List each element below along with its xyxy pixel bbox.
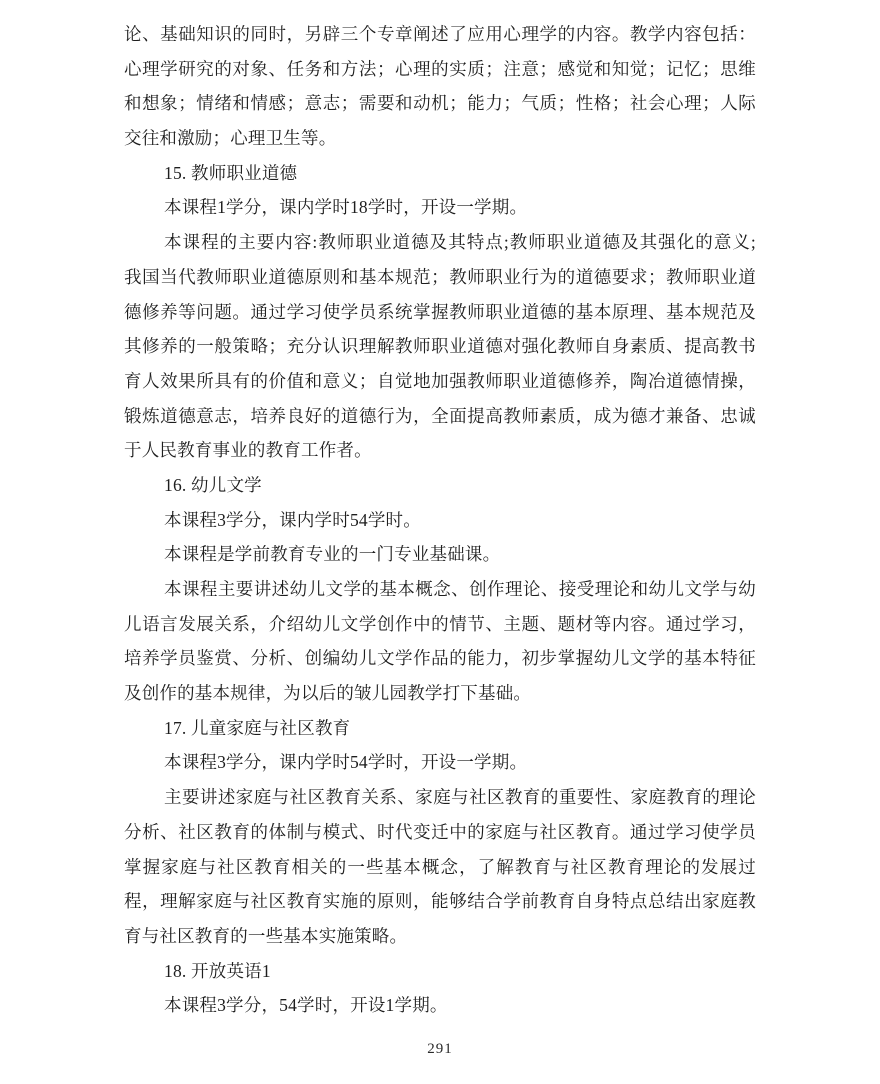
document-page: 论、基础知识的同时，另辟三个专章阐述了应用心理学的内容。教学内容包括： 心理学研…	[0, 0, 880, 1084]
course-16-credits: 本课程3学分，课内学时54学时。	[124, 503, 756, 538]
course-15-credits: 本课程1学分，课内学时18学时，开设一学期。	[124, 190, 756, 225]
paragraph-line: 掌握家庭与社区教育相关的一些基本概念，了解教育与社区教育理论的发展过	[124, 850, 756, 885]
course-15-heading: 15. 教师职业道德	[124, 156, 756, 191]
paragraph-line: 和想象；情绪和情感；意志；需要和动机；能力；气质；性格；社会心理；人际	[124, 86, 756, 121]
paragraph-line: 本课程主要讲述幼儿文学的基本概念、创作理论、接受理论和幼儿文学与幼	[124, 572, 756, 607]
paragraph-line: 本课程的主要内容:教师职业道德及其特点;教师职业道德及其强化的意义;	[124, 225, 756, 260]
paragraph-line: 主要讲述家庭与社区教育关系、家庭与社区教育的重要性、家庭教育的理论	[124, 780, 756, 815]
paragraph-line: 儿语言发展关系，介绍幼儿文学创作中的情节、主题、题材等内容。通过学习，	[124, 607, 756, 642]
paragraph-line: 锻炼道德意志，培养良好的道德行为，全面提高教师素质，成为德才兼备、忠诚	[124, 399, 756, 434]
course-16-nature: 本课程是学前教育专业的一门专业基础课。	[124, 537, 756, 572]
course-18-credits: 本课程3学分，54学时，开设1学期。	[124, 988, 756, 1023]
paragraph-line: 程，理解家庭与社区教育实施的原则，能够结合学前教育自身特点总结出家庭教	[124, 884, 756, 919]
paragraph-line: 论、基础知识的同时，另辟三个专章阐述了应用心理学的内容。教学内容包括：	[124, 17, 756, 52]
course-16-heading: 16. 幼儿文学	[124, 468, 756, 503]
course-17-credits: 本课程3学分，课内学时54学时，开设一学期。	[124, 745, 756, 780]
paragraph-line: 交往和激励；心理卫生等。	[124, 121, 756, 156]
paragraph-line: 培养学员鉴赏、分析、创编幼儿文学作品的能力，初步掌握幼儿文学的基本特征	[124, 641, 756, 676]
paragraph-line: 我国当代教师职业道德原则和基本规范；教师职业行为的道德要求；教师职业道	[124, 260, 756, 295]
body-text: 论、基础知识的同时，另辟三个专章阐述了应用心理学的内容。教学内容包括： 心理学研…	[124, 17, 756, 1023]
paragraph-line: 心理学研究的对象、任务和方法；心理的实质；注意；感觉和知觉；记忆；思维	[124, 52, 756, 87]
paragraph-line: 及创作的基本规律，为以后的皱儿园教学打下基础。	[124, 676, 756, 711]
paragraph-line: 育人效果所具有的价值和意义；自觉地加强教师职业道德修养，陶冶道德情操，	[124, 364, 756, 399]
paragraph-line: 育与社区教育的一些基本实施策略。	[124, 919, 756, 954]
page-number: 291	[0, 1041, 880, 1058]
course-18-heading: 18. 开放英语1	[124, 954, 756, 989]
course-17-heading: 17. 儿童家庭与社区教育	[124, 711, 756, 746]
paragraph-line: 德修养等问题。通过学习使学员系统掌握教师职业道德的基本原理、基本规范及	[124, 295, 756, 330]
paragraph-line: 其修养的一般策略；充分认识理解教师职业道德对强化教师自身素质、提高教书	[124, 329, 756, 364]
paragraph-line: 于人民教育事业的教育工作者。	[124, 433, 756, 468]
paragraph-line: 分析、社区教育的体制与模式、时代变迁中的家庭与社区教育。通过学习使学员	[124, 815, 756, 850]
